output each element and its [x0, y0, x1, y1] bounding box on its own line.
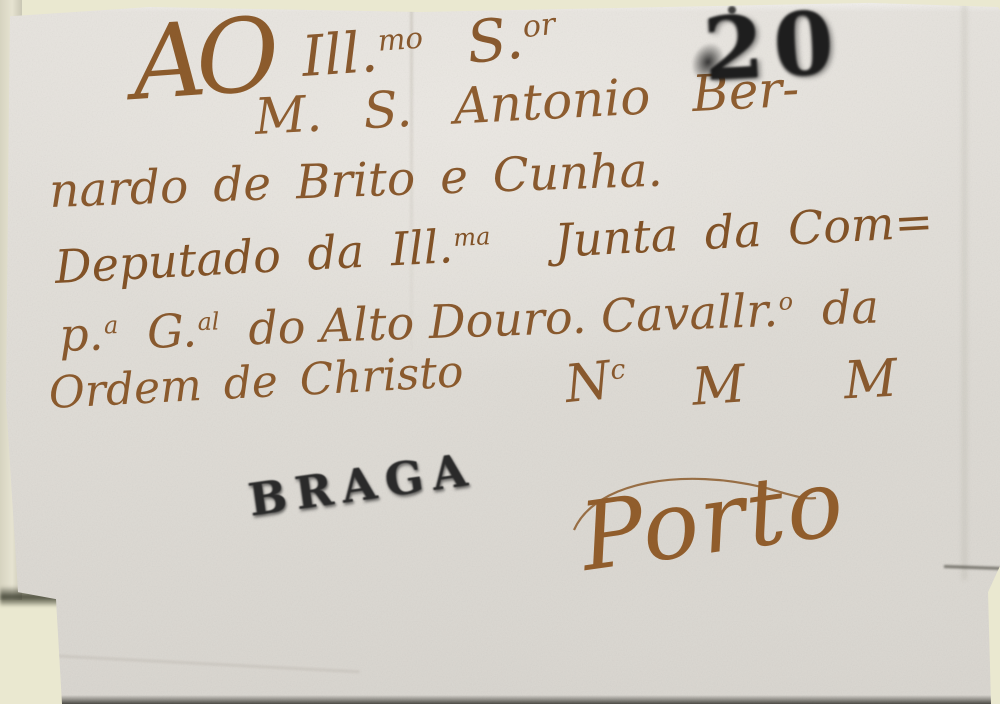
etcetera-flourish-3: M: [842, 349, 898, 412]
line5-cav-superscript: o: [778, 287, 793, 315]
senhor-superscript: or: [521, 7, 557, 45]
address-line-6: Ordem de Christo: [48, 350, 465, 416]
address-salutation-ao: AO: [129, 5, 273, 116]
line4-post: Junta da Com=: [553, 194, 934, 268]
rate-handstamp-20: 20: [702, 0, 846, 93]
bottom-left-crease: [0, 652, 360, 673]
bottom-edge-shadow: [42, 695, 1000, 704]
right-edge-fold-line: [944, 565, 1000, 570]
destination-porto: Porto: [575, 456, 851, 586]
line5-end: da: [821, 279, 880, 335]
line5-g: G.: [146, 303, 198, 359]
senhor-s: S.: [463, 3, 526, 76]
etcetera-flourish-1: Nc: [562, 349, 630, 415]
line5-p-superscript: a: [103, 311, 118, 339]
honorific-ill: Ill.: [300, 20, 380, 90]
etc-mark-superscript: c: [609, 354, 627, 386]
line4-superscript: ma: [453, 222, 491, 252]
line5-g-superscript: al: [197, 307, 220, 336]
letter-sheet: AO Ill.mo S.or M. S. Antonio Ber- nardo …: [0, 0, 1000, 704]
braga-town-handstamp: BRAGA: [246, 446, 479, 522]
line4-pre: Deputado da Ill.: [53, 219, 454, 294]
honorific-ill-superscript: mo: [377, 21, 424, 58]
etcetera-flourish-2: M: [690, 354, 747, 418]
etc-mark: N: [562, 351, 614, 415]
ink-smudge-dot: [728, 6, 736, 14]
address-line-3: nardo de Brito e Cunha.: [48, 147, 663, 215]
right-fold-crease: [962, 0, 967, 580]
address-honorific-illmo: Ill.mo: [300, 22, 426, 86]
address-line-5: p.a G.al do Alto Douro. Cavallr.o da: [58, 283, 879, 358]
line5-mid: do Alto Douro. Cavallr.: [247, 283, 778, 355]
line5-p: p.: [58, 306, 104, 362]
address-honorific-senhor: S.or: [464, 5, 559, 72]
